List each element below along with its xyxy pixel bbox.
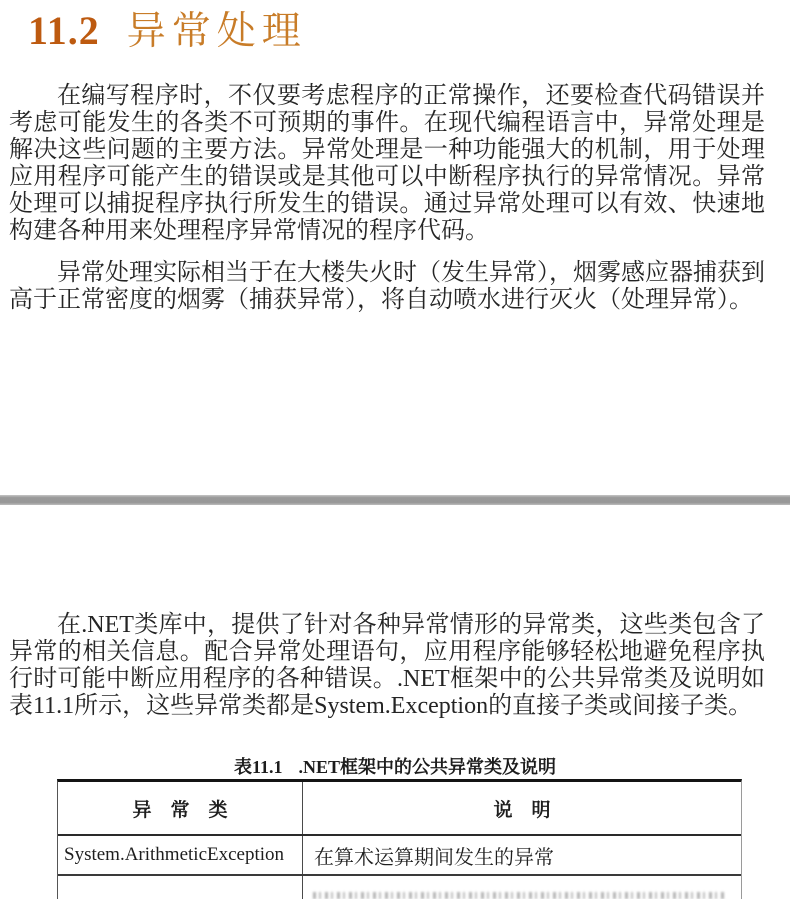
section-title: 异常处理 — [127, 10, 307, 53]
table-caption: 表11.1.NET框架中的公共异常类及说明 — [0, 753, 790, 779]
paragraph-exception-intro: 在编写程序时，不仅要考虑程序的正常操作，还要检查代码错误并考虑可能发生的各类不可… — [9, 83, 765, 245]
book-page: 11.2异常处理 在编写程序时，不仅要考虑程序的正常操作，还要检查代码错误并考虑… — [0, 0, 790, 901]
table-caption-title: .NET框架中的公共异常类及说明 — [299, 757, 557, 777]
table-header-exception-class: 异 常 类 — [58, 782, 303, 834]
section-divider-bar — [0, 495, 790, 505]
cell-description-clipped — [303, 876, 741, 899]
paragraph-fire-analogy: 异常处理实际相当于在大楼失火时（发生异常），烟雾感应器捕获到高于正常密度的烟雾（… — [9, 260, 765, 314]
cell-exception-class: System.ArithmeticException — [58, 836, 303, 874]
table-row: System.ArithmeticException 在算术运算期间发生的异常 — [58, 836, 741, 876]
clipped-text-smear — [313, 892, 725, 899]
exception-table: 异 常 类 说 明 System.ArithmeticException 在算术… — [57, 779, 742, 899]
table-header-row: 异 常 类 说 明 — [58, 782, 741, 836]
section-number: 11.2 — [28, 8, 100, 53]
cell-description: 在算术运算期间发生的异常 — [303, 836, 741, 874]
table-header-description: 说 明 — [303, 782, 741, 834]
paragraph-dotnet-classes: 在.NET类库中，提供了针对各种异常情形的异常类，这些类包含了异常的相关信息。配… — [9, 612, 765, 720]
table-caption-number: 表11.1 — [234, 757, 283, 777]
cell-exception-class-clipped — [58, 876, 303, 899]
section-heading: 11.2异常处理 — [28, 0, 307, 56]
table-row-clipped — [58, 876, 741, 899]
